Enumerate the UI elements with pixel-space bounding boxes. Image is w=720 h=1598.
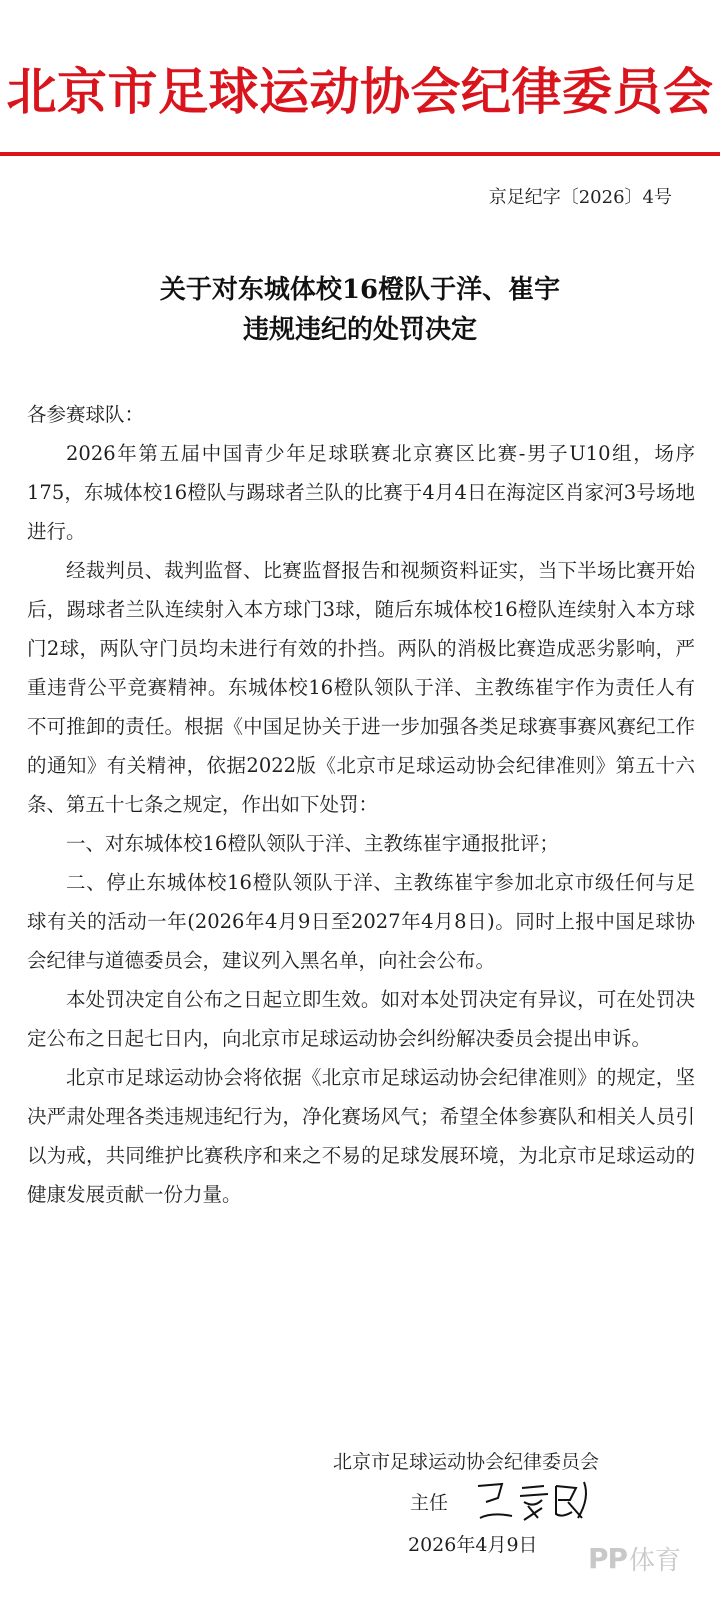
document-body: 各参赛球队： 2026年第五届中国青少年足球联赛北京赛区比赛-男子U10组，场序… — [27, 395, 695, 1214]
pp-sports-watermark: PP 体育 — [588, 1540, 681, 1576]
paragraph-penalty-2: 二、停止东城体校16橙队领队于洋、主教练崔宇参加北京市级任何与足球有关的活动一年… — [27, 863, 695, 980]
title-line-2: 违规违纪的处罚决定 — [0, 310, 720, 350]
pp-logo-icon: PP — [588, 1542, 627, 1575]
title-line-1: 关于对东城体校16橙队于洋、崔宇 — [0, 270, 720, 310]
paragraph-appeal: 本处罚决定自公布之日起立即生效。如对本处罚决定有异议，可在处罚决定公布之日起七日… — [27, 980, 695, 1058]
paragraph-penalty-1: 一、对东城体校16橙队领队于洋、主教练崔宇通报批评； — [27, 824, 695, 863]
salutation: 各参赛球队： — [27, 395, 695, 434]
document-title: 关于对东城体校16橙队于洋、崔宇 违规违纪的处罚决定 — [0, 270, 720, 350]
signing-organization: 北京市足球运动协会纪律委员会 — [333, 1447, 599, 1477]
watermark-text: 体育 — [629, 1540, 681, 1577]
paragraph-closing: 北京市足球运动协会将依据《北京市足球运动协会纪律准则》的规定，坚决严肃处理各类违… — [27, 1058, 695, 1214]
signer-position: 主任 — [410, 1488, 448, 1518]
paragraph-match-info: 2026年第五届中国青少年足球联赛北京赛区比赛-男子U10组，场序175，东城体… — [27, 434, 695, 551]
document-number: 京足纪字〔2026〕4号 — [489, 184, 672, 212]
signing-date: 2026年4月9日 — [408, 1530, 538, 1560]
paragraph-findings: 经裁判员、裁判监督、比赛监督报告和视频资料证实，当下半场比赛开始后，踢球者兰队连… — [27, 551, 695, 824]
handwritten-signature-icon — [472, 1478, 592, 1522]
letterhead-red-rule — [0, 152, 720, 156]
letterhead-title: 北京市足球运动协会纪律委员会 — [0, 56, 720, 128]
